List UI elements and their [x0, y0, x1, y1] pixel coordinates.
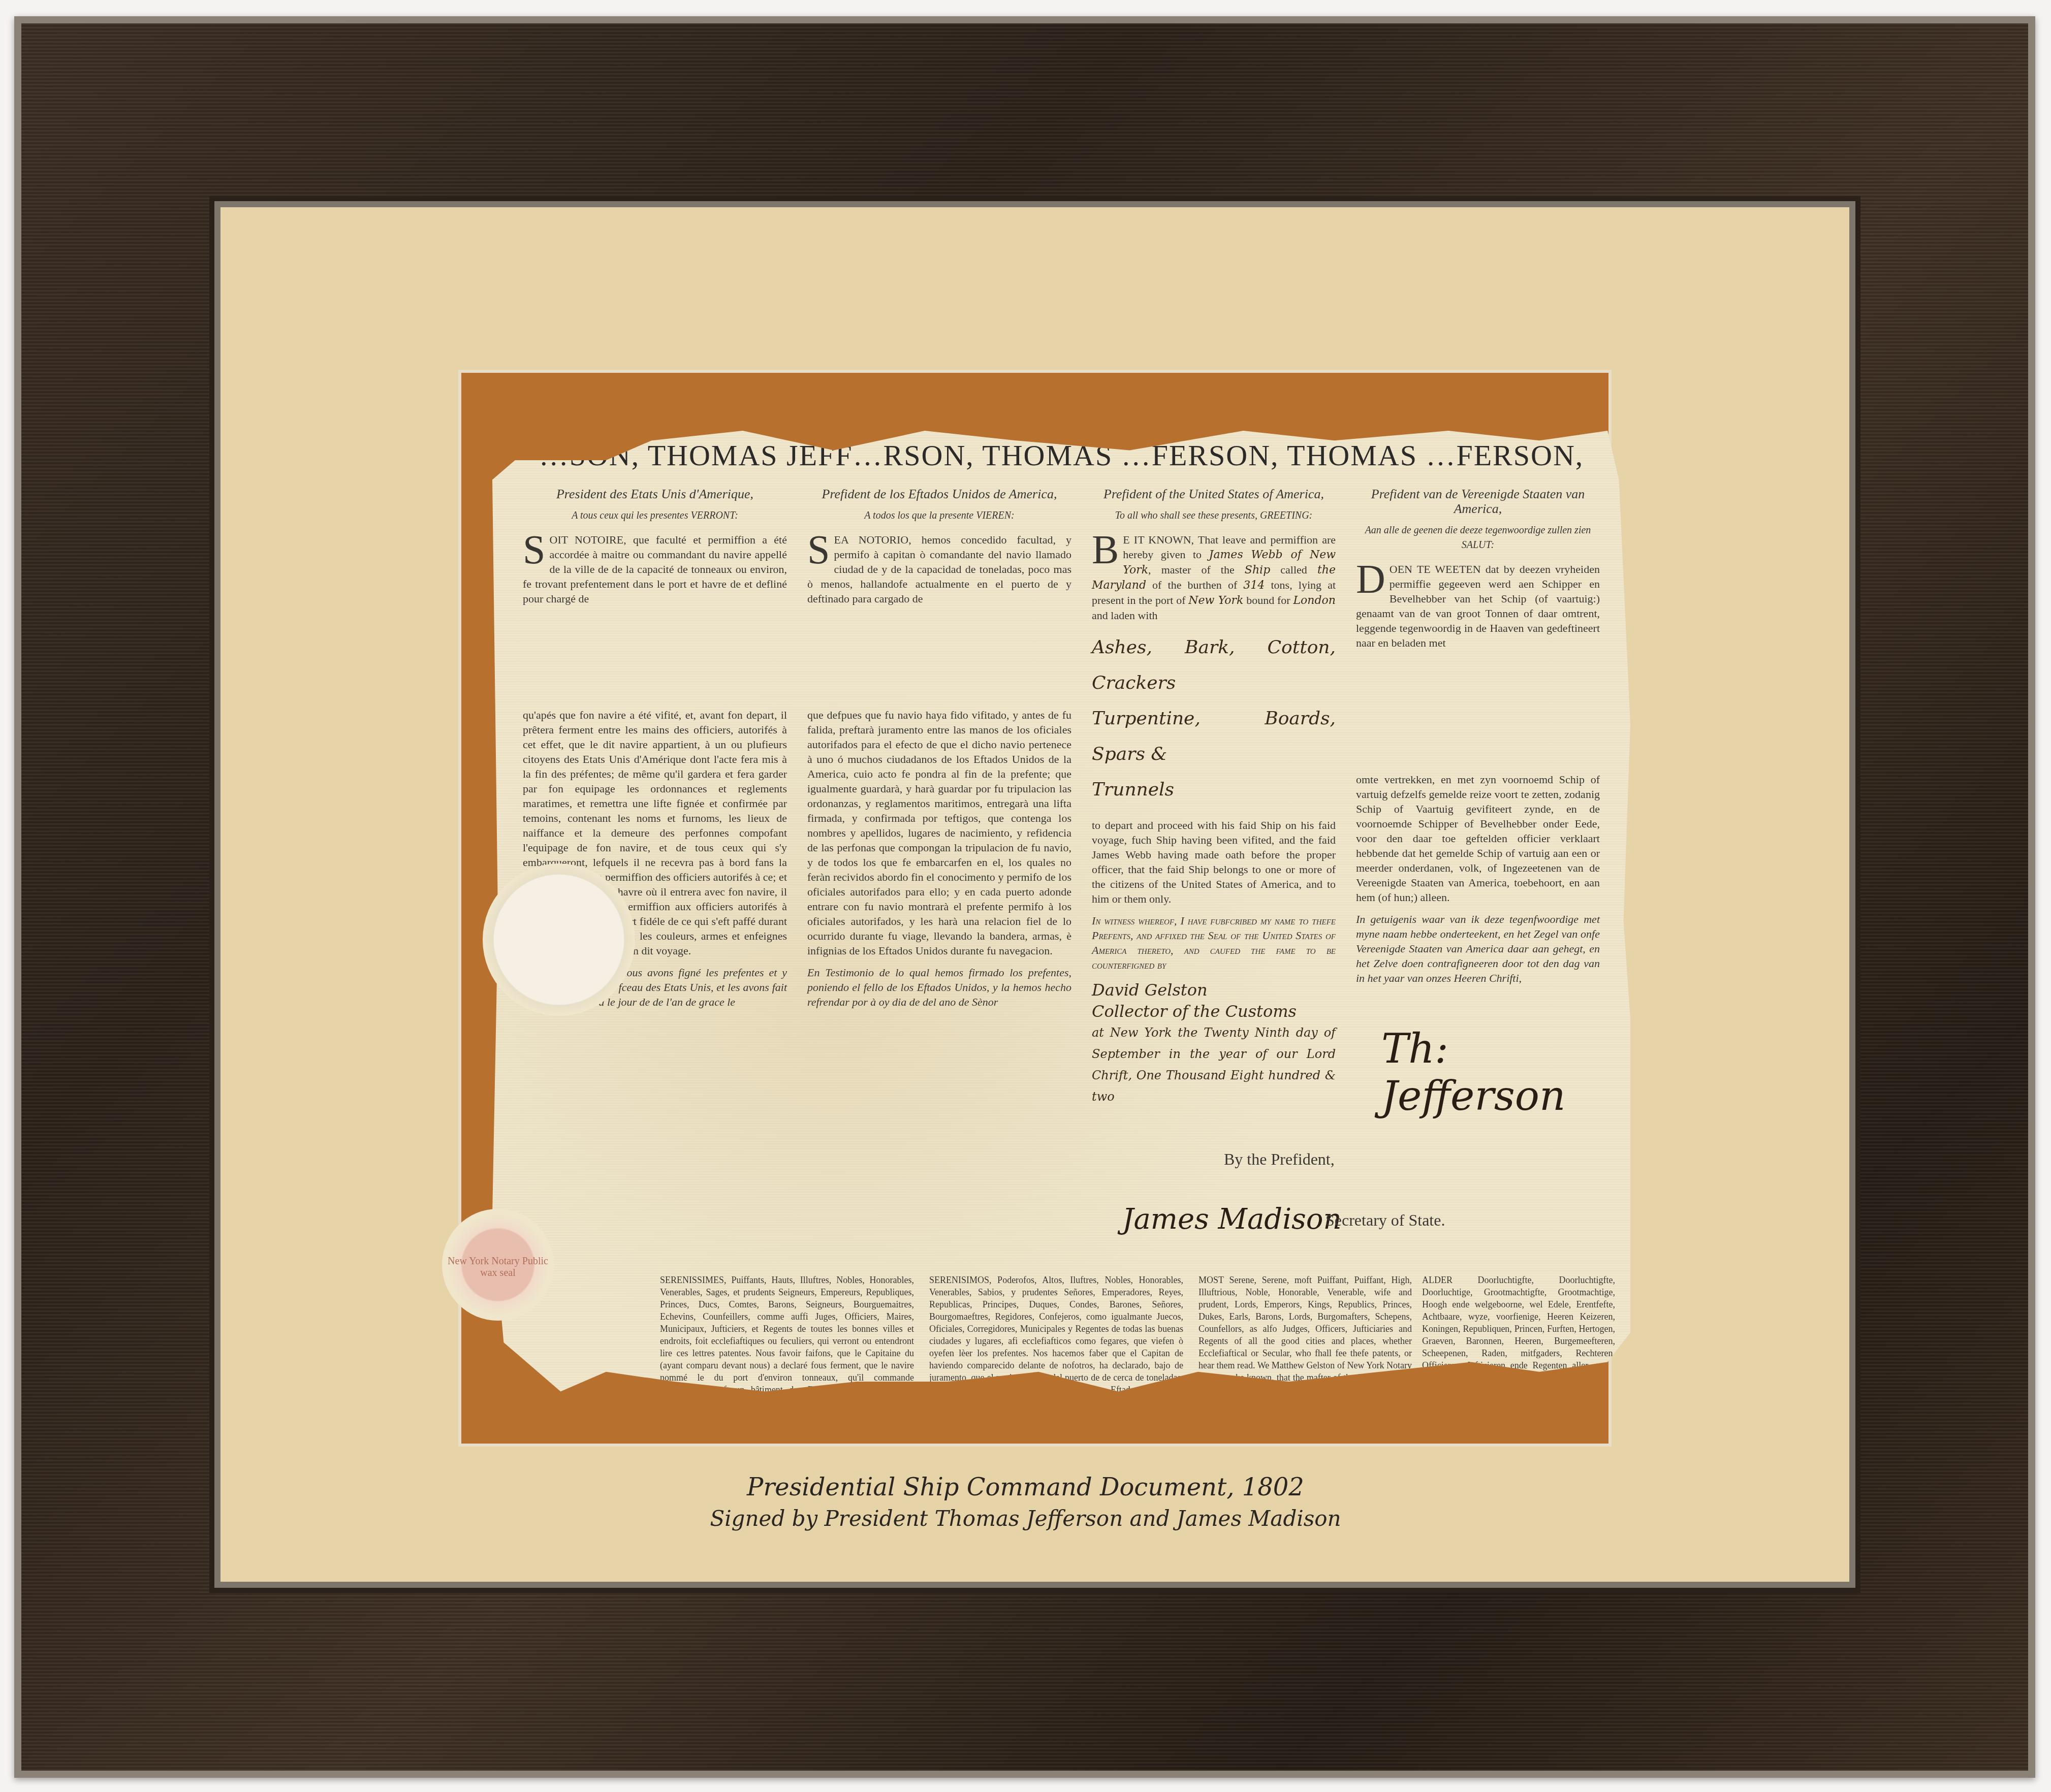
wax-notary-seal: New York Notary Public wax seal [442, 1209, 554, 1321]
collector-title: Collector of the Customs [1092, 1001, 1336, 1022]
handwritten-vessel-type: Ship [1245, 564, 1270, 577]
french-dropcap: S [523, 532, 546, 568]
embossed-paper-seal [483, 863, 635, 1016]
spanish-salutation: A todos los que la presente VIEREN: [807, 508, 1071, 523]
english-body: to depart and proceed with his faid Ship… [1092, 818, 1336, 906]
spanish-column: Prefident de los Eftados Unidos de Ameri… [807, 487, 1071, 1016]
by-the-president: By the Prefident, [1224, 1152, 1427, 1167]
english-column: Prefident of the United States of Americ… [1092, 487, 1336, 1107]
handwritten-countersign-block: David Gelston Collector of the Customs a… [1092, 979, 1336, 1107]
english-dropcap: B [1092, 532, 1119, 568]
spanish-title: Prefident de los Eftados Unidos de Ameri… [807, 487, 1071, 501]
dutch-body: omte vertrekken, en met zyn voornoemd Sc… [1356, 772, 1600, 905]
handwritten-tons: 314 [1243, 579, 1265, 592]
french-salutation: A tous ceux qui les presentes VERRONT: [523, 508, 787, 523]
dutch-dropcap: D [1356, 562, 1385, 597]
ship-passport-document: …SON, THOMAS JEFF…RSON, THOMAS …FERSON, … [492, 431, 1630, 1411]
handwritten-destination: London [1293, 594, 1336, 607]
french-opening-text: OIT NOTOIRE, que faculté et permiffion a… [523, 533, 787, 605]
spanish-dropcap: S [807, 532, 830, 568]
spanish-body: que defpues que fu navio haya fido vifit… [807, 708, 1071, 958]
outer-mat: …SON, THOMAS JEFF…RSON, THOMAS …FERSON, … [220, 207, 1849, 1582]
caption-line-1: Presidential Ship Command Document, 1802 [0, 1473, 2051, 1501]
dutch-title: Prefident van de Vereenigde Staaten van … [1356, 487, 1600, 516]
handwritten-cargo-list: Ashes, Bark, Cotton, Crackers Turpentine… [1092, 630, 1336, 808]
handwritten-port: New York [1188, 594, 1243, 607]
spanish-opening: SEA NOTORIO, hemos concedido facultad, y… [807, 532, 1071, 606]
issue-date-place: at New York the Twenty Ninth day of Sept… [1092, 1022, 1336, 1107]
countersign-name: David Gelston [1092, 979, 1336, 1001]
dutch-witness: In getuigenis waar van ik deze tegenfwoo… [1356, 912, 1600, 985]
spanish-opening-text: EA NOTORIO, hemos concedido facultad, y … [807, 533, 1071, 605]
french-title: President des Etats Unis d'Amerique, [523, 487, 787, 501]
spanish-closing: En teftimonio de lo qual fixamos aqui el… [929, 1537, 1183, 1549]
dutch-opening: DOEN TE WEETEN dat by deezen vryheiden p… [1356, 562, 1600, 650]
secretary-of-state-label: Secretary of State. [1326, 1213, 1529, 1228]
cargo-line: Ashes, Bark, Cotton, Crackers [1092, 630, 1336, 701]
english-salutation: To all who shall see these presents, GRE… [1092, 508, 1336, 523]
wax-seal-label: New York Notary Public wax seal [442, 1256, 554, 1279]
caption-line-2: Signed by President Thomas Jefferson and… [0, 1506, 2051, 1531]
english-witness: In witness whereof, I have fubfcribed my… [1092, 913, 1336, 972]
english-opening: BE IT KNOWN, That leave and permiffion a… [1092, 532, 1336, 623]
dutch-column: Prefident van de Vereenigde Staaten van … [1356, 487, 1600, 993]
french-closing: En temoignage de qui nous appofons aux p… [660, 1537, 914, 1549]
dutch-salutation: Aan alle de geenen die deeze tegenwoordi… [1356, 523, 1600, 553]
madison-signature: James Madison [1122, 1203, 1342, 1236]
dutch-opening-text: OEN TE WEETEN dat by deezen vryheiden pe… [1356, 563, 1600, 649]
english-witness-text: In witness whereof, I have fubfcribed my… [1092, 914, 1336, 971]
cargo-line: Trunnels [1092, 772, 1336, 808]
cargo-line: Turpentine, Boards, Spars & [1092, 701, 1336, 772]
jefferson-signature: Th: Jefferson [1381, 1025, 1630, 1119]
spanish-witness: En Testimonio de lo qual hemos firmado l… [807, 965, 1071, 1009]
english-title: Prefident of the United States of Americ… [1092, 487, 1336, 501]
french-opening: SOIT NOTOIRE, que faculté et permiffion … [523, 532, 787, 606]
